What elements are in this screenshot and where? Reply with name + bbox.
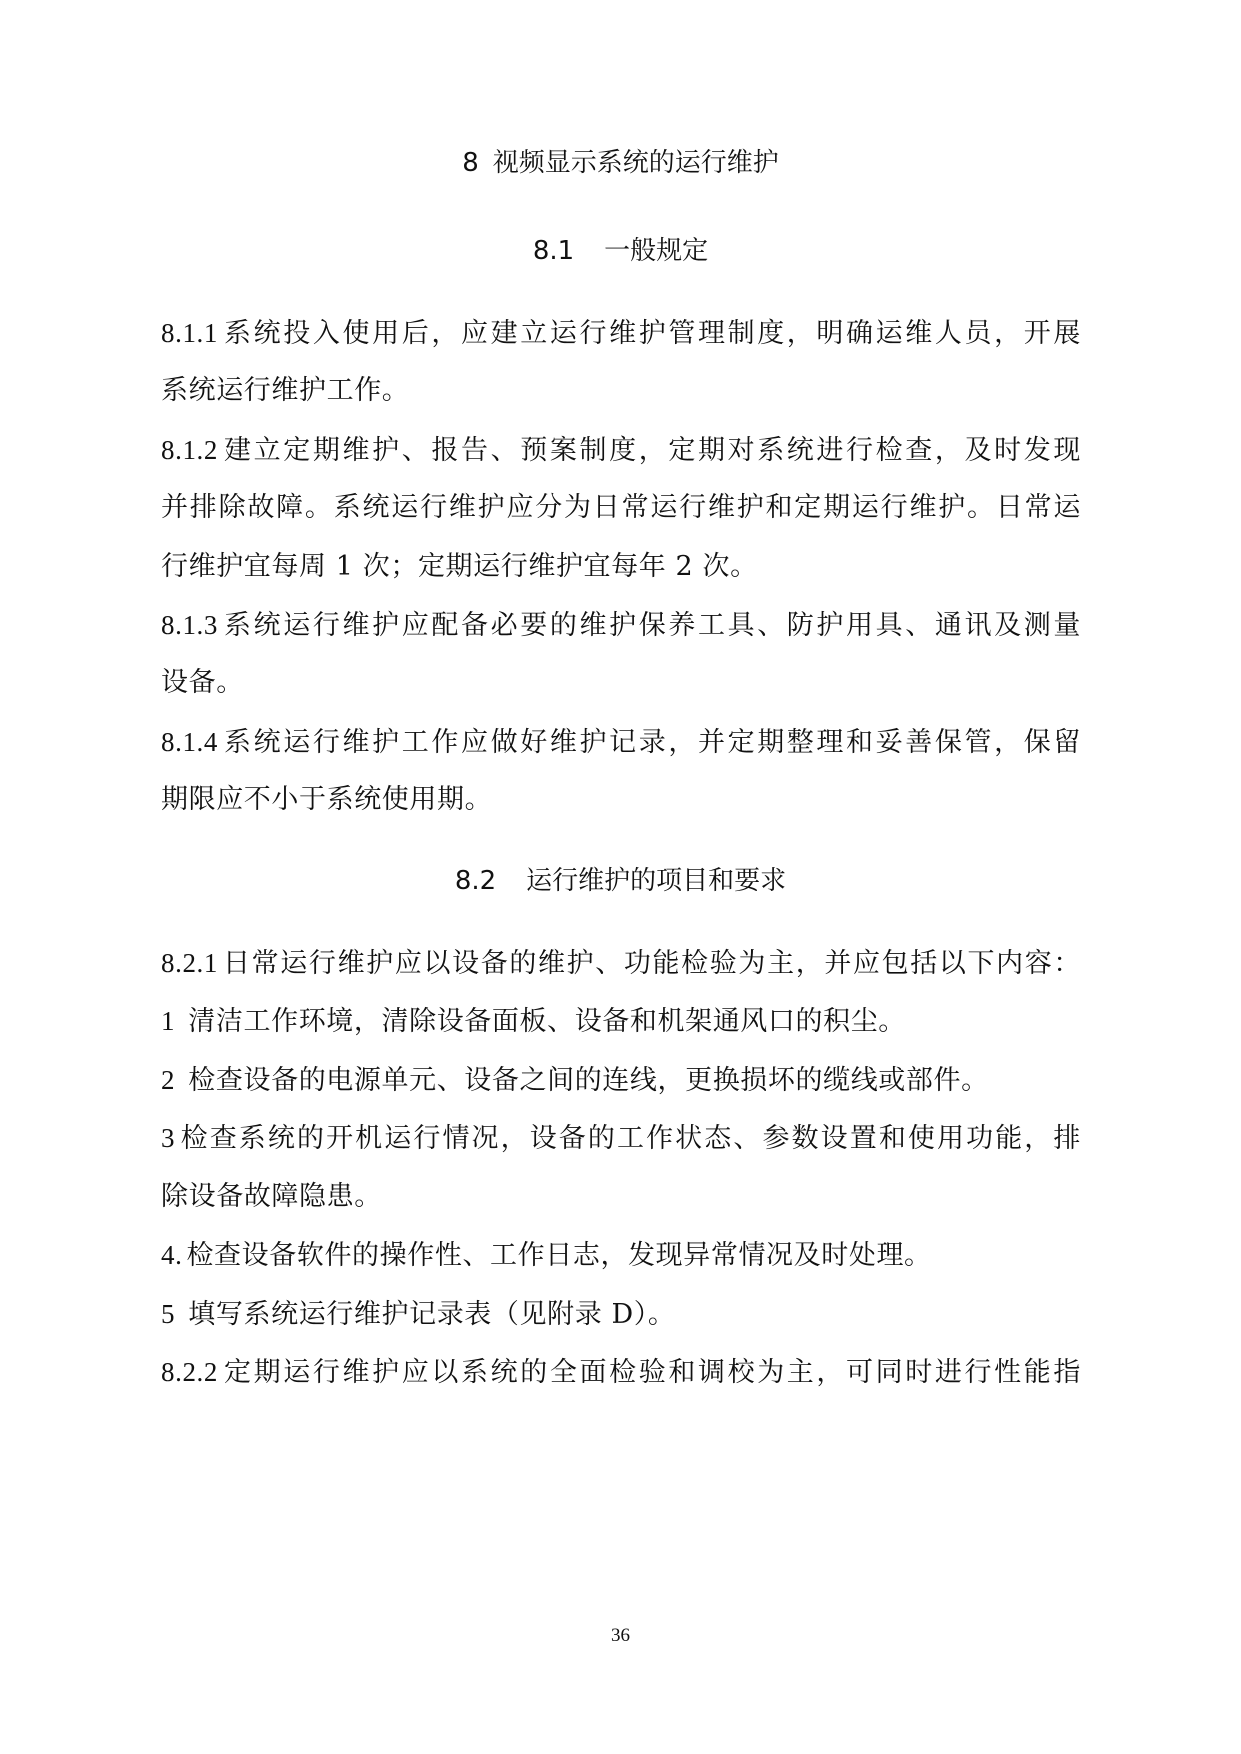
list-item-2: 2 检查设备的电源单元、设备之间的连线，更换损坏的缆线或部件。 bbox=[161, 1062, 1081, 1099]
item-text: 检查系统的开机运行情况，设备的工作状态、参数设置和使用功能，排 bbox=[179, 1123, 1081, 1154]
section-heading-8-2: 8.2运行维护的项目和要求 bbox=[0, 864, 1241, 898]
clause-text: 定期运行维护应以系统的全面检验和调校为主，可同时进行性能指 bbox=[222, 1357, 1081, 1388]
section-number: 8.2 bbox=[455, 866, 496, 896]
section-title: 一般规定 bbox=[604, 236, 708, 266]
clause-8-1-4-line-1: 8.1.4系统运行维护工作应做好维护记录，并定期整理和妥善保管，保留 bbox=[161, 724, 1081, 761]
clause-8-1-2-line-3: 行维护宜每周 1 次；定期运行维护宜每年 2 次。 bbox=[161, 549, 1081, 585]
clause-8-1-2-line-1: 8.1.2建立定期维护、报告、预案制度，定期对系统进行检查，及时发现 bbox=[161, 432, 1081, 469]
list-item-4: 4.检查设备软件的操作性、工作日志，发现异常情况及时处理。 bbox=[161, 1237, 1081, 1274]
item-text: 除设备故障隐患。 bbox=[161, 1181, 382, 1212]
item-number: 4. bbox=[161, 1240, 182, 1270]
chapter-title: 视频显示系统的运行维护 bbox=[493, 148, 779, 178]
clause-number: 8.1.2 bbox=[161, 435, 218, 465]
clause-number: 8.2.1 bbox=[161, 948, 218, 978]
item-number: 5 bbox=[161, 1299, 175, 1329]
clause-number: 8.1.4 bbox=[161, 727, 218, 757]
document-page: 8视频显示系统的运行维护 8.1一般规定 8.1.1系统投入使用后，应建立运行维… bbox=[0, 0, 1241, 1754]
clause-number: 8.1.3 bbox=[161, 610, 218, 640]
list-item-3-line-1: 3检查系统的开机运行情况，设备的工作状态、参数设置和使用功能，排 bbox=[161, 1120, 1081, 1157]
item-number: 3 bbox=[161, 1123, 175, 1153]
clause-number: 8.1.1 bbox=[161, 318, 218, 348]
clause-8-1-1-line-2: 系统运行维护工作。 bbox=[161, 373, 1081, 409]
clause-8-1-2-line-2: 并排除故障。系统运行维护应分为日常运行维护和定期运行维护。日常运 bbox=[161, 490, 1081, 526]
section-number: 8.1 bbox=[533, 236, 574, 266]
clause-8-1-1-line-1: 8.1.1系统投入使用后，应建立运行维护管理制度，明确运维人员，开展 bbox=[161, 315, 1081, 352]
item-number: 2 bbox=[161, 1065, 175, 1095]
clause-text: 期限应不小于系统使用期。 bbox=[161, 784, 492, 815]
clause-text: 建立定期维护、报告、预案制度，定期对系统进行检查，及时发现 bbox=[222, 435, 1081, 466]
clause-text: 行维护宜每周 1 次；定期运行维护宜每年 2 次。 bbox=[161, 551, 758, 582]
clause-text: 并排除故障。系统运行维护应分为日常运行维护和定期运行维护。日常运 bbox=[161, 492, 1081, 523]
list-item-1: 1 清洁工作环境，清除设备面板、设备和机架通风口的积尘。 bbox=[161, 1003, 1081, 1040]
clause-text: 系统运行维护应配备必要的维护保养工具、防护用具、通讯及测量 bbox=[222, 610, 1081, 641]
clause-8-1-3-line-2: 设备。 bbox=[161, 665, 1081, 701]
item-text: 填写系统运行维护记录表（见附录 D）。 bbox=[188, 1299, 675, 1330]
item-number: 1 bbox=[161, 1006, 175, 1036]
clause-8-2-1-line-1: 8.2.1日常运行维护应以设备的维护、功能检验为主，并应包括以下内容： bbox=[161, 945, 1081, 982]
clause-text: 日常运行维护应以设备的维护、功能检验为主，并应包括以下内容： bbox=[222, 948, 1081, 979]
item-text: 清洁工作环境，清除设备面板、设备和机架通风口的积尘。 bbox=[188, 1006, 906, 1037]
item-text: 检查设备软件的操作性、工作日志，发现异常情况及时处理。 bbox=[186, 1240, 931, 1271]
clause-text: 系统投入使用后，应建立运行维护管理制度，明确运维人员，开展 bbox=[222, 318, 1081, 349]
clause-number: 8.2.2 bbox=[161, 1357, 218, 1387]
list-item-5: 5 填写系统运行维护记录表（见附录 D）。 bbox=[161, 1296, 1081, 1333]
clause-8-1-3-line-1: 8.1.3系统运行维护应配备必要的维护保养工具、防护用具、通讯及测量 bbox=[161, 607, 1081, 644]
item-text: 检查设备的电源单元、设备之间的连线，更换损坏的缆线或部件。 bbox=[188, 1065, 988, 1096]
page-number: 36 bbox=[0, 1624, 1241, 1648]
chapter-heading: 8视频显示系统的运行维护 bbox=[0, 146, 1241, 180]
section-heading-8-1: 8.1一般规定 bbox=[0, 234, 1241, 268]
clause-text: 系统运行维护工作。 bbox=[161, 375, 409, 406]
section-title: 运行维护的项目和要求 bbox=[526, 866, 786, 896]
clause-8-1-4-line-2: 期限应不小于系统使用期。 bbox=[161, 782, 1081, 818]
clause-8-2-2-line-1: 8.2.2定期运行维护应以系统的全面检验和调校为主，可同时进行性能指 bbox=[161, 1354, 1081, 1391]
clause-text: 设备。 bbox=[161, 667, 244, 698]
clause-text: 系统运行维护工作应做好维护记录，并定期整理和妥善保管，保留 bbox=[222, 727, 1081, 758]
chapter-number: 8 bbox=[462, 148, 479, 178]
list-item-3-line-2: 除设备故障隐患。 bbox=[161, 1179, 1081, 1215]
